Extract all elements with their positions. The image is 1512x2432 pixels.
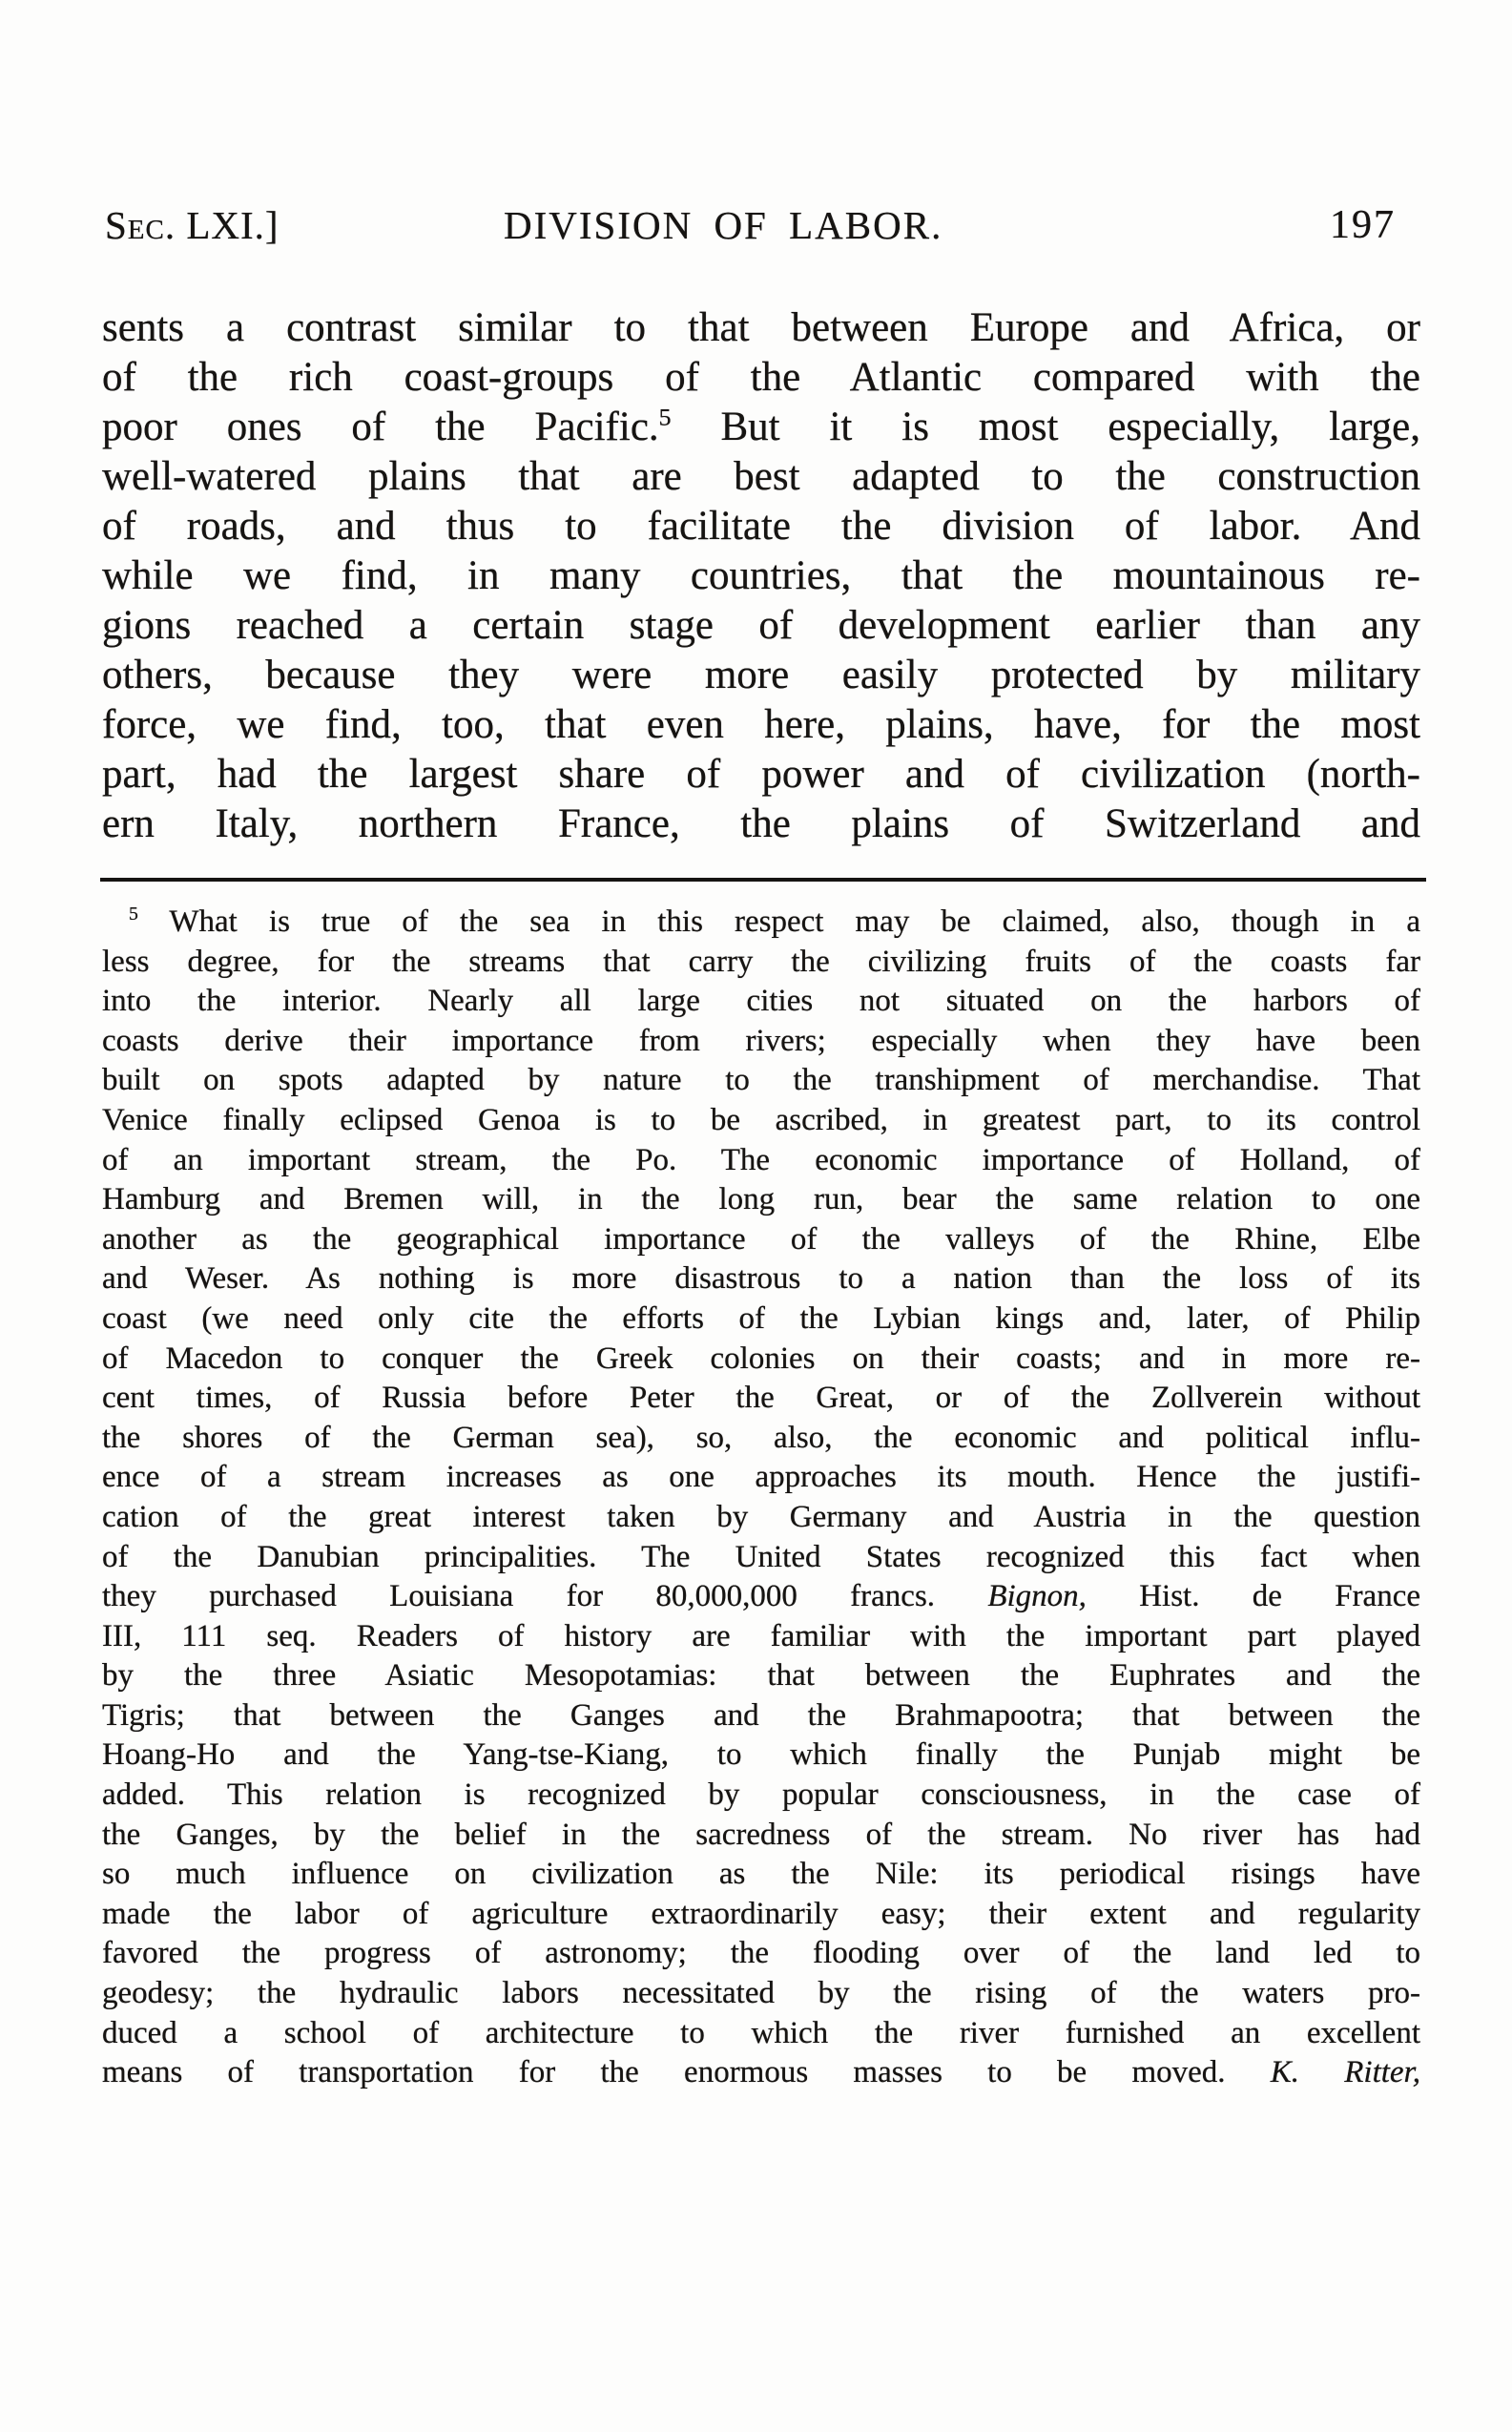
text-segment: Bignon, <box>987 1579 1087 1613</box>
footnote-divider <box>100 878 1426 882</box>
text-segment: ern Italy, northern France, the plains o… <box>102 801 1420 846</box>
text-line: III, 111 seq. Readers of history are fam… <box>102 1617 1420 1657</box>
text-line: cation of the great interest taken by Ge… <box>102 1498 1420 1538</box>
text-segment: coasts derive their importance from rive… <box>102 1024 1420 1058</box>
text-line: of an important stream, the Po. The econ… <box>102 1141 1420 1181</box>
text-segment: Venice finally eclipsed Genoa is to be a… <box>102 1103 1420 1137</box>
text-line: favored the progress of astronomy; the f… <box>102 1934 1420 1974</box>
text-line: while we find, in many countries, that t… <box>102 551 1420 601</box>
text-segment: they purchased Louisiana for 80,000,000 … <box>102 1579 987 1613</box>
text-segment: well-watered plains that are best adapte… <box>102 454 1420 499</box>
text-segment: favored the progress of astronomy; the f… <box>102 1936 1420 1970</box>
text-segment: ence of a stream increases as one approa… <box>102 1460 1420 1494</box>
text-line: others, because they were more easily pr… <box>102 651 1420 700</box>
text-line: poor ones of the Pacific.5 But it is mos… <box>102 403 1420 452</box>
text-segment: and Weser. As nothing is more disastrous… <box>102 1261 1420 1296</box>
text-segment: Hoang-Ho and the Yang-tse-Kiang, to whic… <box>102 1737 1420 1772</box>
text-segment: into the interior. Nearly all large citi… <box>102 984 1420 1018</box>
text-line: coasts derive their importance from rive… <box>102 1022 1420 1062</box>
text-line: another as the geographical importance o… <box>102 1220 1420 1260</box>
text-segment: others, because they were more easily pr… <box>102 653 1420 697</box>
running-title: DIVISION OF LABOR. <box>504 202 942 248</box>
text-segment: of an important stream, the Po. The econ… <box>102 1143 1420 1177</box>
text-line: and Weser. As nothing is more disastrous… <box>102 1259 1420 1299</box>
text-segment: of the rich coast-groups of the Atlantic… <box>102 355 1420 400</box>
text-segment: made the labor of agriculture extraordin… <box>102 1897 1420 1931</box>
text-line: Hoang-Ho and the Yang-tse-Kiang, to whic… <box>102 1736 1420 1776</box>
page-header: Sec. LXI.] DIVISION OF LABOR. 197 <box>0 202 1512 250</box>
text-segment: built on spots adapted by nature to the … <box>102 1063 1420 1097</box>
text-segment: cation of the great interest taken by Ge… <box>102 1500 1420 1534</box>
text-line: they purchased Louisiana for 80,000,000 … <box>102 1577 1420 1617</box>
text-line: of roads, and thus to facilitate the div… <box>102 502 1420 551</box>
text-segment: Hist. de France <box>1087 1579 1420 1613</box>
page-number: 197 <box>1330 202 1396 248</box>
text-line: the shores of the German sea), so, also,… <box>102 1419 1420 1459</box>
text-segment: gions reached a certain stage of develop… <box>102 603 1420 648</box>
text-segment: the Ganges, by the belief in the sacredn… <box>102 1818 1420 1852</box>
text-segment: poor ones of the Pacific. <box>102 405 659 449</box>
footnote: 5 What is true of the sea in this respec… <box>102 903 1420 2093</box>
text-line: added. This relation is recognized by po… <box>102 1776 1420 1816</box>
text-line: made the labor of agriculture extraordin… <box>102 1895 1420 1935</box>
text-line: the Ganges, by the belief in the sacredn… <box>102 1816 1420 1856</box>
text-line: force, we find, too, that even here, pla… <box>102 700 1420 750</box>
footnote-marker: 5 <box>129 904 138 925</box>
text-line: by the three Asiatic Mesopotamias: that … <box>102 1656 1420 1696</box>
text-line: geodesy; the hydraulic labors necessitat… <box>102 1974 1420 2014</box>
text-segment: another as the geographical importance o… <box>102 1222 1420 1257</box>
text-line: ern Italy, northern France, the plains o… <box>102 800 1420 849</box>
text-line: of the rich coast-groups of the Atlantic… <box>102 353 1420 403</box>
text-segment: What is true of the sea in this respect … <box>138 904 1420 939</box>
text-segment: of roads, and thus to facilitate the div… <box>102 504 1420 549</box>
text-line: well-watered plains that are best adapte… <box>102 452 1420 502</box>
main-paragraph: sents a contrast similar to that between… <box>102 303 1420 849</box>
text-line: part, had the largest share of power and… <box>102 750 1420 800</box>
text-segment: Tigris; that between the Ganges and the … <box>102 1698 1420 1733</box>
text-segment: so much influence on civilization as the… <box>102 1857 1420 1891</box>
text-segment: coast (we need only cite the efforts of … <box>102 1301 1420 1336</box>
text-line: ence of a stream increases as one approa… <box>102 1458 1420 1498</box>
text-line: built on spots adapted by nature to the … <box>102 1061 1420 1101</box>
text-segment: of Macedon to conquer the Greek colonies… <box>102 1341 1420 1376</box>
text-line: 5 What is true of the sea in this respec… <box>102 903 1420 943</box>
text-segment: force, we find, too, that even here, pla… <box>102 702 1420 747</box>
text-line: less degree, for the streams that carry … <box>102 943 1420 983</box>
text-line: Tigris; that between the Ganges and the … <box>102 1696 1420 1736</box>
text-segment: cent times, of Russia before Peter the G… <box>102 1381 1420 1415</box>
text-segment: of the Danubian principalities. The Unit… <box>102 1540 1420 1574</box>
text-line: duced a school of architecture to which … <box>102 2014 1420 2054</box>
text-line: gions reached a certain stage of develop… <box>102 601 1420 651</box>
text-segment: sents a contrast similar to that between… <box>102 305 1420 350</box>
text-line: Hamburg and Bremen will, in the long run… <box>102 1180 1420 1220</box>
text-segment: duced a school of architecture to which … <box>102 2016 1420 2050</box>
text-line: sents a contrast similar to that between… <box>102 303 1420 353</box>
text-line: of Macedon to conquer the Greek colonies… <box>102 1340 1420 1380</box>
text-segment: K. Ritter, <box>1271 2055 1420 2089</box>
text-segment: means of transportation for the enormous… <box>102 2055 1271 2089</box>
text-line: cent times, of Russia before Peter the G… <box>102 1379 1420 1419</box>
text-segment: the shores of the German sea), so, also,… <box>102 1421 1420 1455</box>
text-line: means of transportation for the enormous… <box>102 2053 1420 2093</box>
book-page: Sec. LXI.] DIVISION OF LABOR. 197 sents … <box>0 0 1512 2432</box>
text-segment: geodesy; the hydraulic labors necessitat… <box>102 1976 1420 2010</box>
text-segment: Hamburg and Bremen will, in the long run… <box>102 1182 1420 1216</box>
footnote-marker: 5 <box>659 404 672 431</box>
text-line: into the interior. Nearly all large citi… <box>102 982 1420 1022</box>
text-segment: while we find, in many countries, that t… <box>102 553 1420 598</box>
section-label: Sec. LXI.] <box>105 202 280 248</box>
text-line: of the Danubian principalities. The Unit… <box>102 1538 1420 1578</box>
text-segment: added. This relation is recognized by po… <box>102 1777 1420 1812</box>
text-line: coast (we need only cite the efforts of … <box>102 1299 1420 1340</box>
text-line: so much influence on civilization as the… <box>102 1855 1420 1895</box>
text-line: Venice finally eclipsed Genoa is to be a… <box>102 1101 1420 1141</box>
text-segment: part, had the largest share of power and… <box>102 752 1420 797</box>
text-segment: But it is most especially, large, <box>672 405 1420 449</box>
text-segment: less degree, for the streams that carry … <box>102 945 1420 979</box>
text-segment: III, 111 seq. Readers of history are fam… <box>102 1619 1420 1653</box>
text-segment: by the three Asiatic Mesopotamias: that … <box>102 1658 1420 1693</box>
